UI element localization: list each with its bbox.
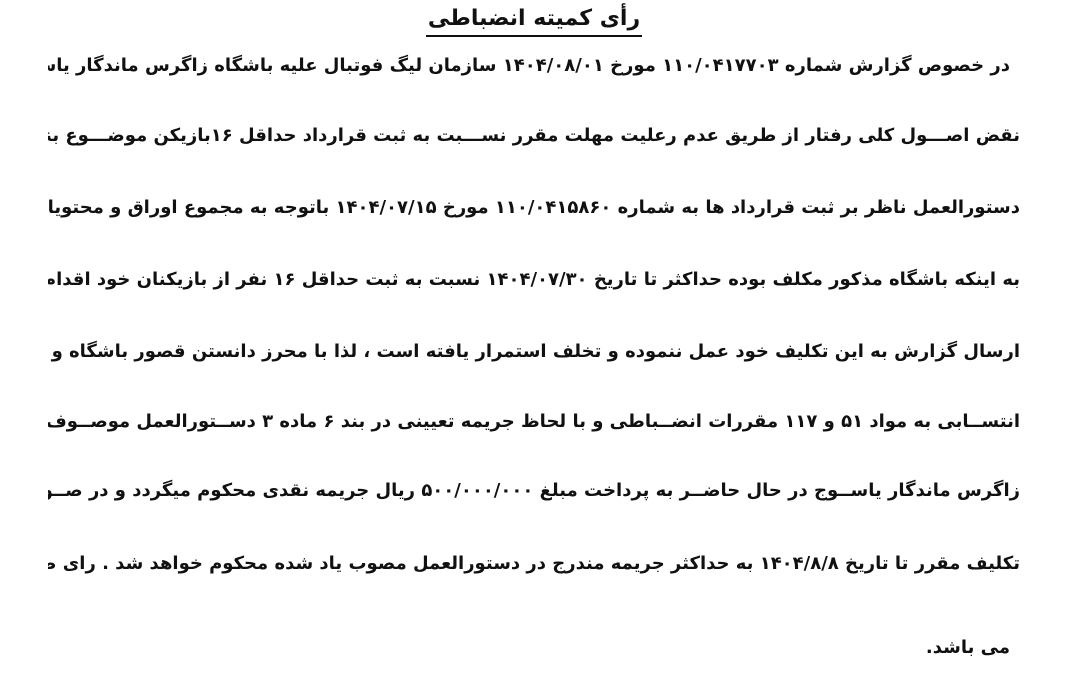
title-text: رأی کمیته انضباطی (426, 4, 642, 37)
paragraph-line-2: نقض اصـــول کلی رفتار از طریق عدم رعلیت … (48, 122, 1020, 150)
paragraph-line-1: در خصوص گزارش شماره ۱۱۰/۰۴۱۷۷۰۳ مورخ ۱۴۰… (48, 52, 1010, 80)
paragraph-line-8: تکلیف مقرر تا تاریخ ۱۴۰۴/۸/۸ به حداکثر ج… (48, 550, 1020, 578)
paragraph-line-5: ارسال گزارش به این تکلیف خود عمل ننموده … (48, 338, 1020, 366)
paragraph-line-6: انتســابی به مواد ۵۱ و ۱۱۷ مقررات انضــب… (48, 408, 1020, 436)
paragraph-line-3: دستورالعمل ناظر بر ثبت قرارداد ها به شما… (48, 194, 1020, 222)
document-title: رأی کمیته انضباطی (0, 4, 1068, 37)
paragraph-line-4: به اینکه باشگاه مذکور مکلف بوده حداکثر ت… (48, 266, 1020, 294)
paragraph-line-7: زاگرس ماندگار یاســوج در حال حاضــر به پ… (48, 477, 1020, 505)
document-page: رأی کمیته انضباطی در خصوص گزارش شماره ۱۱… (0, 0, 1068, 695)
paragraph-line-9: می باشد. (926, 634, 1010, 662)
